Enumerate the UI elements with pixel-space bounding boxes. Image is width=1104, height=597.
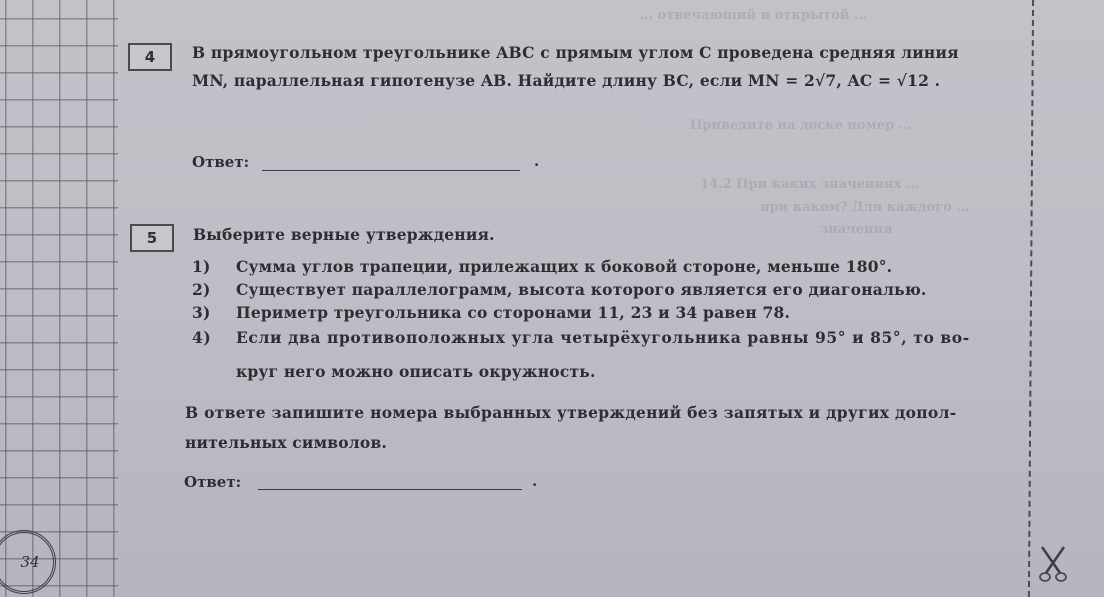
dashed-cut-line — [1028, 0, 1034, 597]
task4-text-line2: MN, параллельная гипотенузе AB. Найдите … — [192, 71, 1022, 90]
task5-instruction-line2: нительных символов. — [185, 433, 387, 452]
bleed-through-text: … отвечающий и открытой … — [640, 8, 867, 23]
statement-4-continuation: круг него можно описать окружность. — [236, 362, 596, 381]
bleed-through-text: 14.2 При каких значениях … — [700, 177, 919, 192]
workbook-page: … отвечающий и открытой … Приведите на д… — [0, 0, 1104, 597]
scissors-icon — [1038, 545, 1068, 585]
statement-1: 1)Сумма углов трапеции, прилежащих к бок… — [192, 257, 892, 276]
statement-text: Если два противоположных угла четырёхуго… — [236, 328, 970, 347]
graph-paper-margin — [0, 0, 118, 597]
statement-number: 1) — [192, 257, 236, 276]
statement-text: Существует параллелограмм, высота которо… — [236, 280, 927, 299]
task5-answer-field[interactable] — [258, 489, 522, 490]
task-number-4: 4 — [128, 43, 172, 71]
task5-answer-period: . — [532, 472, 537, 490]
bleed-through-text: значения — [820, 222, 893, 237]
statement-number: 2) — [192, 280, 236, 299]
bleed-through-text: при каком? Для каждого … — [760, 200, 969, 215]
task5-title: Выберите верные утверждения. — [193, 225, 495, 244]
statement-text: Периметр треугольника со сторонами 11, 2… — [236, 303, 790, 322]
bleed-through-text: Приведите на доске номер … — [690, 118, 912, 133]
statement-number: 3) — [192, 303, 236, 322]
statement-text: Сумма углов трапеции, прилежащих к боков… — [236, 257, 892, 276]
statement-number: 4) — [192, 328, 236, 347]
task5-instruction-line1: В ответе запишите номера выбранных утвер… — [185, 403, 957, 422]
page-number: 34 — [20, 553, 39, 571]
task4-text-line1: В прямоугольном треугольнике ABC с прямы… — [192, 43, 1022, 62]
statement-2: 2)Существует параллелограмм, высота кото… — [192, 280, 927, 299]
task4-answer-field[interactable] — [262, 170, 520, 171]
task5-answer-label: Ответ: — [184, 473, 241, 491]
task4-answer-label: Ответ: — [192, 153, 249, 171]
task4-answer-period: . — [534, 152, 539, 170]
statement-4: 4)Если два противоположных угла четырёху… — [192, 328, 970, 347]
statement-3: 3)Периметр треугольника со сторонами 11,… — [192, 303, 790, 322]
task-number-5: 5 — [130, 224, 174, 252]
